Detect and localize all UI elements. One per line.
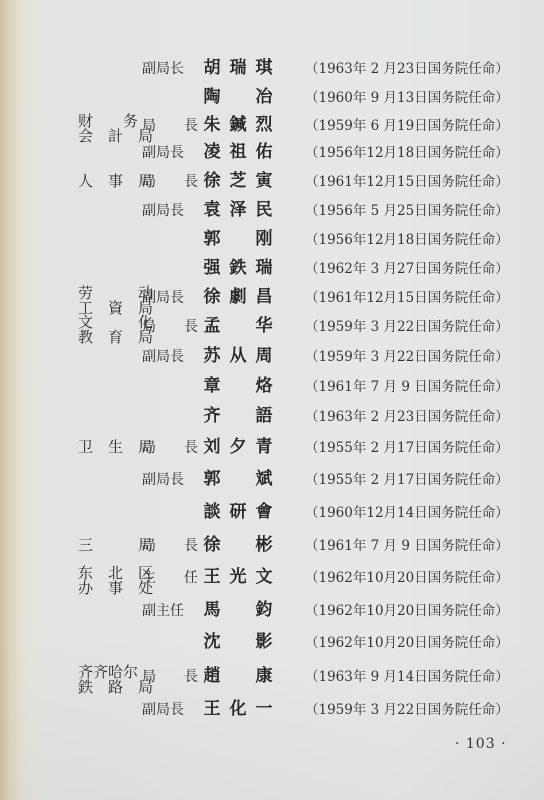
appointment-row: 文 化教 育 局局 長孟华（1959年 3 月22日国务院任命） <box>0 313 544 341</box>
name-character: 青 <box>254 437 274 457</box>
appointment-row: 沈影（1962年10月20日国务院任命） <box>0 629 544 657</box>
name-character: 芝 <box>228 171 248 191</box>
name-character: 从 <box>228 346 248 366</box>
name-character: 烈 <box>254 115 274 135</box>
name-character: 强 <box>202 258 222 278</box>
appointment-row: 談研會（1960年12月14日国务院任命） <box>0 499 544 527</box>
person-name: 沈影 <box>202 632 274 652</box>
name-character: 光 <box>228 567 248 587</box>
appointment-date: （1959年 6 月19日国务院任命） <box>305 117 509 135</box>
appointment-date: （1960年12月14日国务院任命） <box>305 504 509 522</box>
name-character: 刚 <box>254 229 274 249</box>
name-character: 趙 <box>202 666 222 686</box>
name-character: 冶 <box>254 87 274 107</box>
position-title: 副主任 <box>142 603 204 619</box>
person-name: 徐芝寅 <box>202 171 274 191</box>
book-page: 副局长胡瑞琪（1963年 2 月23日国务院任命）陶冶（1960年 9 月13日… <box>0 0 544 800</box>
name-character: 瑞 <box>254 258 274 278</box>
appointment-row: 郭刚（1956年12月18日国务院任命） <box>0 226 544 254</box>
appointment-date: （1962年10月20日国务院任命） <box>305 634 509 652</box>
appointment-row: 财 务会 計 局局 長朱鍼烈（1959年 6 月19日国务院任命） <box>0 112 544 140</box>
name-character: 郭 <box>202 469 222 489</box>
person-name: 陶冶 <box>202 87 274 107</box>
appointment-row: 副局長苏从周（1959年 3 月22日国务院任命） <box>0 343 544 371</box>
person-name: 馬鈞 <box>202 600 274 620</box>
name-character: 劇 <box>228 287 248 307</box>
appointment-date: （1963年 2 月23日国务院任命） <box>305 408 509 426</box>
name-character: 民 <box>254 200 274 220</box>
name-character <box>228 376 248 396</box>
position-title: 副局長 <box>142 349 204 365</box>
name-character <box>228 87 248 107</box>
name-character: 佑 <box>254 142 274 162</box>
name-character: 袁 <box>202 200 222 220</box>
name-character: 斌 <box>254 469 274 489</box>
name-character: 康 <box>254 666 274 686</box>
name-character: 华 <box>254 316 274 336</box>
person-name: 孟华 <box>202 316 274 336</box>
position-title: 副局长 <box>142 61 204 77</box>
appointment-row: 卫 生 局局 長刘夕青（1955年 2 月17日国务院任命） <box>0 434 544 462</box>
name-character: 泽 <box>228 200 248 220</box>
name-character: 談 <box>202 502 222 522</box>
name-character: 琪 <box>254 58 274 78</box>
position-title: 副局長 <box>142 472 204 488</box>
appointment-row: 章烙（1961年 7 月 9 日国务院任命） <box>0 373 544 401</box>
person-name: 凌祖佑 <box>202 142 274 162</box>
name-character: 徐 <box>202 535 222 555</box>
appointment-row: 陶冶（1960年 9 月13日国务院任命） <box>0 84 544 112</box>
name-character: 鈞 <box>254 600 274 620</box>
position-title: 副局長 <box>142 145 204 161</box>
name-character: 凌 <box>202 142 222 162</box>
name-character: 徐 <box>202 287 222 307</box>
appointment-row: 副局長袁泽民（1956年 5 月25日国务院任命） <box>0 197 544 225</box>
appointment-row: 人 事 局局 長徐芝寅（1961年12月15日国务院任命） <box>0 168 544 196</box>
name-character: 王 <box>202 567 222 587</box>
name-character: 孟 <box>202 316 222 336</box>
name-character: 胡 <box>202 58 222 78</box>
position-title: 局 長 <box>142 174 204 190</box>
name-character: 郭 <box>202 229 222 249</box>
person-name: 朱鍼烈 <box>202 115 274 135</box>
name-character: 文 <box>254 567 274 587</box>
position-title: 局 長 <box>142 118 204 134</box>
name-character <box>228 666 248 686</box>
position-title: 局 長 <box>142 669 204 685</box>
person-name: 苏从周 <box>202 346 274 366</box>
name-character: 馬 <box>202 600 222 620</box>
person-name: 强鉄瑞 <box>202 258 274 278</box>
name-character: 會 <box>254 502 274 522</box>
name-character: 沈 <box>202 632 222 652</box>
position-title: 副局長 <box>142 290 204 306</box>
name-character: 周 <box>254 346 274 366</box>
appointment-date: （1956年12月18日国务院任命） <box>305 231 509 249</box>
appointment-row: 副主任馬鈞（1962年10月20日国务院任命） <box>0 597 544 625</box>
name-character <box>228 600 248 620</box>
appointment-row: 副局长胡瑞琪（1963年 2 月23日国务院任命） <box>0 55 544 83</box>
name-character: 王 <box>202 699 222 719</box>
appointment-date: （1963年 9 月14日国务院任命） <box>305 668 509 686</box>
name-character <box>228 535 248 555</box>
person-name: 齐語 <box>202 406 274 426</box>
appointment-date: （1959年 3 月22日国务院任命） <box>305 701 509 719</box>
appointment-date: （1961年 7 月 9 日国务院任命） <box>305 378 509 396</box>
person-name: 郭刚 <box>202 229 274 249</box>
appointment-date: （1962年10月20日国务院任命） <box>305 602 509 620</box>
name-character: 章 <box>202 376 222 396</box>
position-title: 副局長 <box>142 702 204 718</box>
person-name: 章烙 <box>202 376 274 396</box>
name-character <box>228 469 248 489</box>
person-name: 王光文 <box>202 567 274 587</box>
appointment-date: （1960年 9 月13日国务院任命） <box>305 89 509 107</box>
appointment-date: （1961年12月15日国务院任命） <box>305 173 509 191</box>
position-title: 主 任 <box>142 570 204 586</box>
appointment-date: （1962年10月20日国务院任命） <box>305 569 509 587</box>
appointment-date: （1956年12月18日国务院任命） <box>305 144 509 162</box>
name-character: 苏 <box>202 346 222 366</box>
person-name: 刘夕青 <box>202 437 274 457</box>
appointment-date: （1961年 7 月 9 日国务院任命） <box>305 537 509 555</box>
name-character: 朱 <box>202 115 222 135</box>
name-character <box>228 632 248 652</box>
name-character: 昌 <box>254 287 274 307</box>
person-name: 徐彬 <box>202 535 274 555</box>
appointment-date: （1959年 3 月22日国务院任命） <box>305 348 509 366</box>
person-name: 談研會 <box>202 502 274 522</box>
name-character: 徐 <box>202 171 222 191</box>
position-title: 局 長 <box>142 538 204 554</box>
person-name: 袁泽民 <box>202 200 274 220</box>
person-name: 趙康 <box>202 666 274 686</box>
position-title: 局 長 <box>142 440 204 456</box>
name-character: 鉄 <box>228 258 248 278</box>
appointment-row: 强鉄瑞（1962年 3 月27日国务院任命） <box>0 255 544 283</box>
name-character <box>228 229 248 249</box>
appointment-date: （1955年 2 月17日国务院任命） <box>305 471 509 489</box>
position-title: 副局長 <box>142 203 204 219</box>
name-character: 瑞 <box>228 58 248 78</box>
page-number: · 103 · <box>455 736 507 752</box>
person-name: 徐劇昌 <box>202 287 274 307</box>
name-character: 鍼 <box>228 115 248 135</box>
name-character: 刘 <box>202 437 222 457</box>
name-character: 語 <box>254 406 274 426</box>
name-character: 影 <box>254 632 274 652</box>
appointment-date: （1956年 5 月25日国务院任命） <box>305 202 509 220</box>
appointment-date: （1955年 2 月17日国务院任命） <box>305 439 509 457</box>
appointment-row: 劳 动工 資 局副局長徐劇昌（1961年12月15日国务院任命） <box>0 284 544 312</box>
name-character: 化 <box>228 699 248 719</box>
appointment-date: （1962年 3 月27日国务院任命） <box>305 260 509 278</box>
position-title: 局 長 <box>142 319 204 335</box>
appointment-row: 副局長郭斌（1955年 2 月17日国务院任命） <box>0 466 544 494</box>
person-name: 胡瑞琪 <box>202 58 274 78</box>
appointment-row: 齐語（1963年 2 月23日国务院任命） <box>0 403 544 431</box>
name-character: 寅 <box>254 171 274 191</box>
name-character: 烙 <box>254 376 274 396</box>
name-character: 齐 <box>202 406 222 426</box>
name-character: 祖 <box>228 142 248 162</box>
name-character: 一 <box>254 699 274 719</box>
name-character <box>228 316 248 336</box>
appointment-date: （1961年12月15日国务院任命） <box>305 289 509 307</box>
appointment-date: （1959年 3 月22日国务院任命） <box>305 318 509 336</box>
appointment-row: 东 北 区办 事 处主 任王光文（1962年10月20日国务院任命） <box>0 564 544 592</box>
appointment-row: 副局長凌祖佑（1956年12月18日国务院任命） <box>0 139 544 167</box>
appointment-date: （1963年 2 月23日国务院任命） <box>305 60 509 78</box>
appointment-row: 三 局局 長徐彬（1961年 7 月 9 日国务院任命） <box>0 532 544 560</box>
appointment-row: 副局長王化一（1959年 3 月22日国务院任命） <box>0 696 544 724</box>
name-character: 陶 <box>202 87 222 107</box>
name-character <box>228 406 248 426</box>
name-character: 夕 <box>228 437 248 457</box>
appointment-row: 齐齐哈尔鉄 路 局局 長趙康（1963年 9 月14日国务院任命） <box>0 663 544 691</box>
person-name: 王化一 <box>202 699 274 719</box>
name-character: 彬 <box>254 535 274 555</box>
name-character: 研 <box>228 502 248 522</box>
person-name: 郭斌 <box>202 469 274 489</box>
